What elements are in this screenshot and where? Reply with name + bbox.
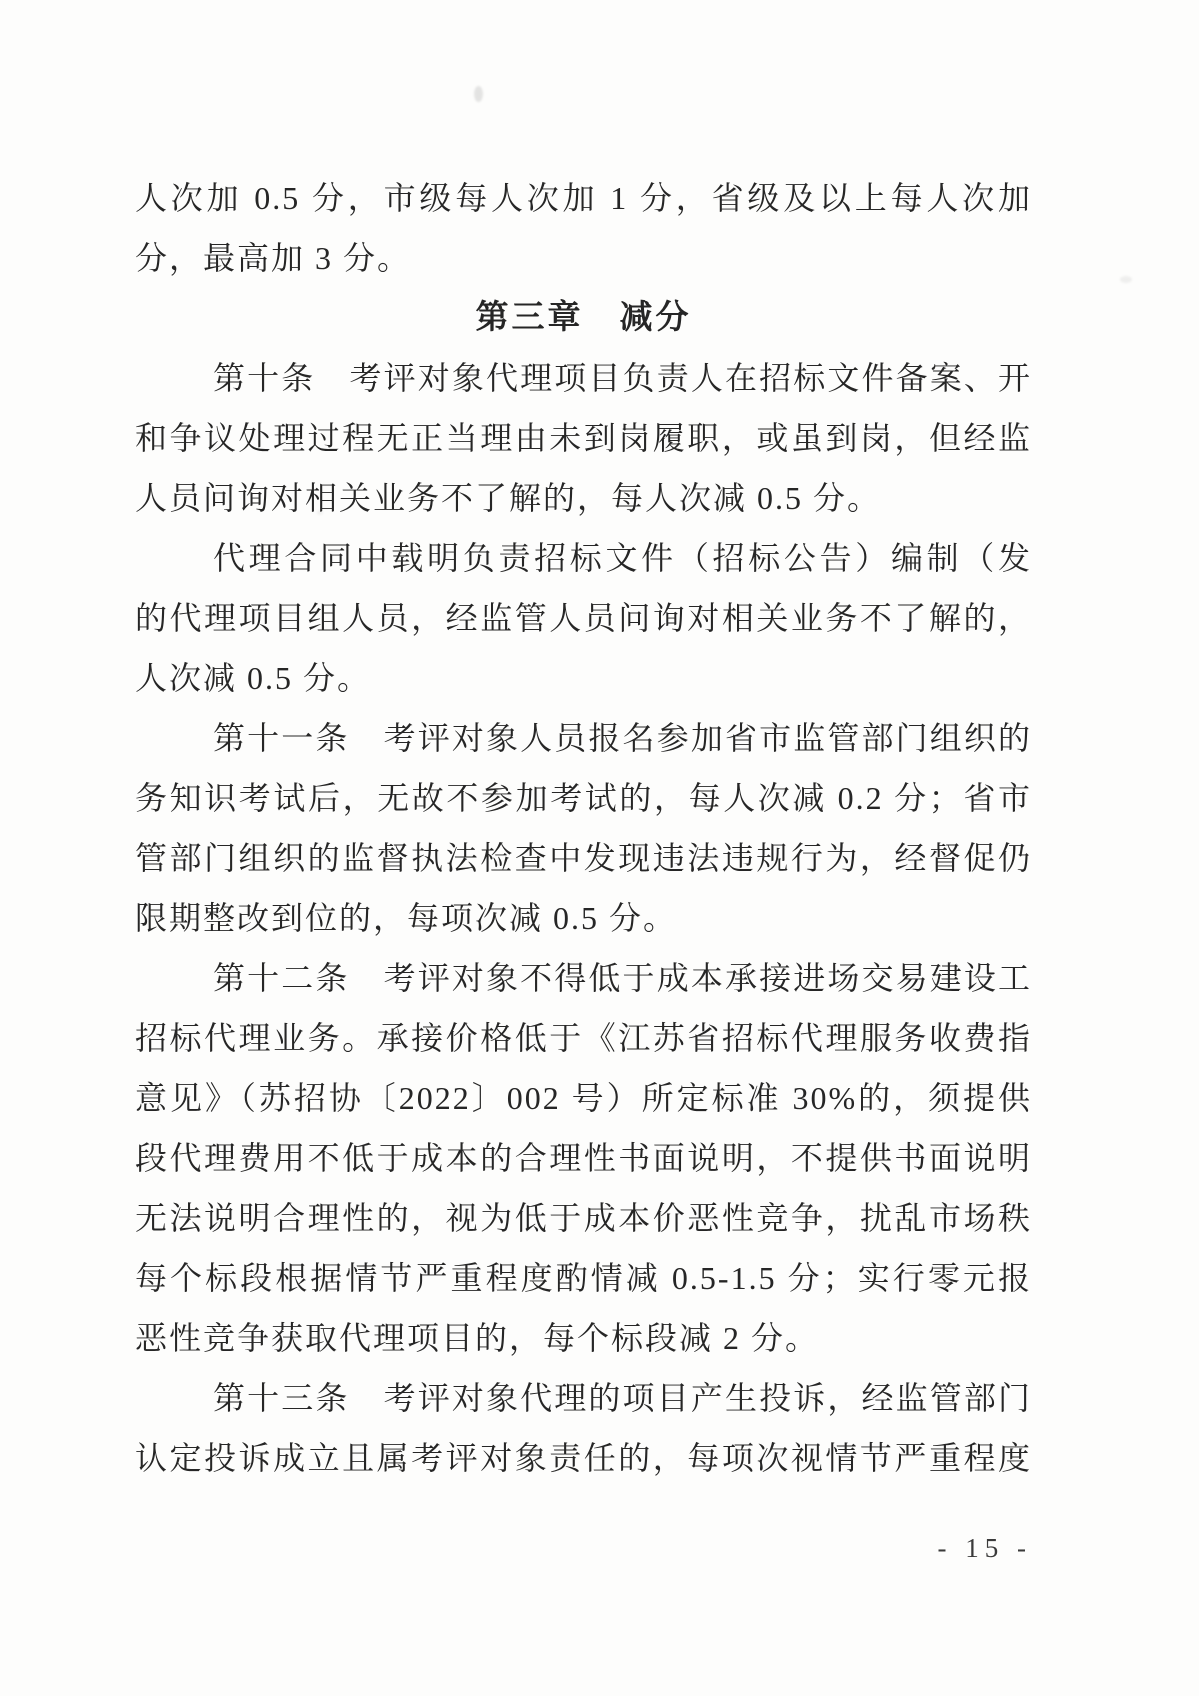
document-body: 人次加 0.5 分，市级每人次加 1 分，省级及以上每人次加 1.5分，最高加 … [135,168,1032,1488]
text-line: 和争议处理过程无正当理由未到岗履职，或虽到岗，但经监管 [135,408,1032,468]
text-line: 管部门组织的监督执法检查中发现违法违规行为，经督促仍未 [135,828,1032,888]
text-line: 人员问询对相关业务不了解的，每人次减 0.5 分。 [135,468,1032,528]
scan-artifact [474,86,483,102]
text-line: 招标代理业务。承接价格低于《江苏省招标代理服务收费指导 [135,1008,1032,1068]
text-line: 人次减 0.5 分。 [135,648,1032,708]
text-line: 务知识考试后，无故不参加考试的，每人次减 0.2 分；省市监 [135,768,1032,828]
text-line: 限期整改到位的，每项次减 0.5 分。 [135,888,1032,948]
chapter-heading: 第三章 减分 [135,288,1032,348]
text-line: 段代理费用不低于成本的合理性书面说明，不提供书面说明或 [135,1128,1032,1188]
text-line: 代理合同中载明负责招标文件（招标公告）编制（发布） [135,528,1032,588]
text-line: 意见》（苏招协〔2022〕002 号）所定标准 30%的，须提供该标 [135,1068,1032,1128]
text-line: 每个标段根据情节严重程度酌情减 0.5-1.5 分；实行零元报价 [135,1248,1032,1308]
page-number: - 15 - [938,1528,1032,1568]
text-line: 人次加 0.5 分，市级每人次加 1 分，省级及以上每人次加 1.5 [135,168,1032,228]
scan-artifact [1120,276,1132,283]
text-line: 第十二条 考评对象不得低于成本承接进场交易建设工程 [135,948,1032,1008]
text-line: 第十条 考评对象代理项目负责人在招标文件备案、开评标 [135,348,1032,408]
text-line: 恶性竞争获取代理项目的，每个标段减 2 分。 [135,1308,1032,1368]
text-line: 第十一条 考评对象人员报名参加省市监管部门组织的业 [135,708,1032,768]
text-line: 认定投诉成立且属考评对象责任的，每项次视情节严重程度减 [135,1428,1032,1488]
text-line: 无法说明合理性的，视为低于成本价恶性竞争，扰乱市场秩序， [135,1188,1032,1248]
text-line: 分，最高加 3 分。 [135,228,1032,288]
text-line: 第十三条 考评对象代理的项目产生投诉，经监管部门处理 [135,1368,1032,1428]
scanned-document-page: 人次加 0.5 分，市级每人次加 1 分，省级及以上每人次加 1.5分，最高加 … [0,0,1199,1696]
text-line: 的代理项目组人员，经监管人员问询对相关业务不了解的，每 [135,588,1032,648]
